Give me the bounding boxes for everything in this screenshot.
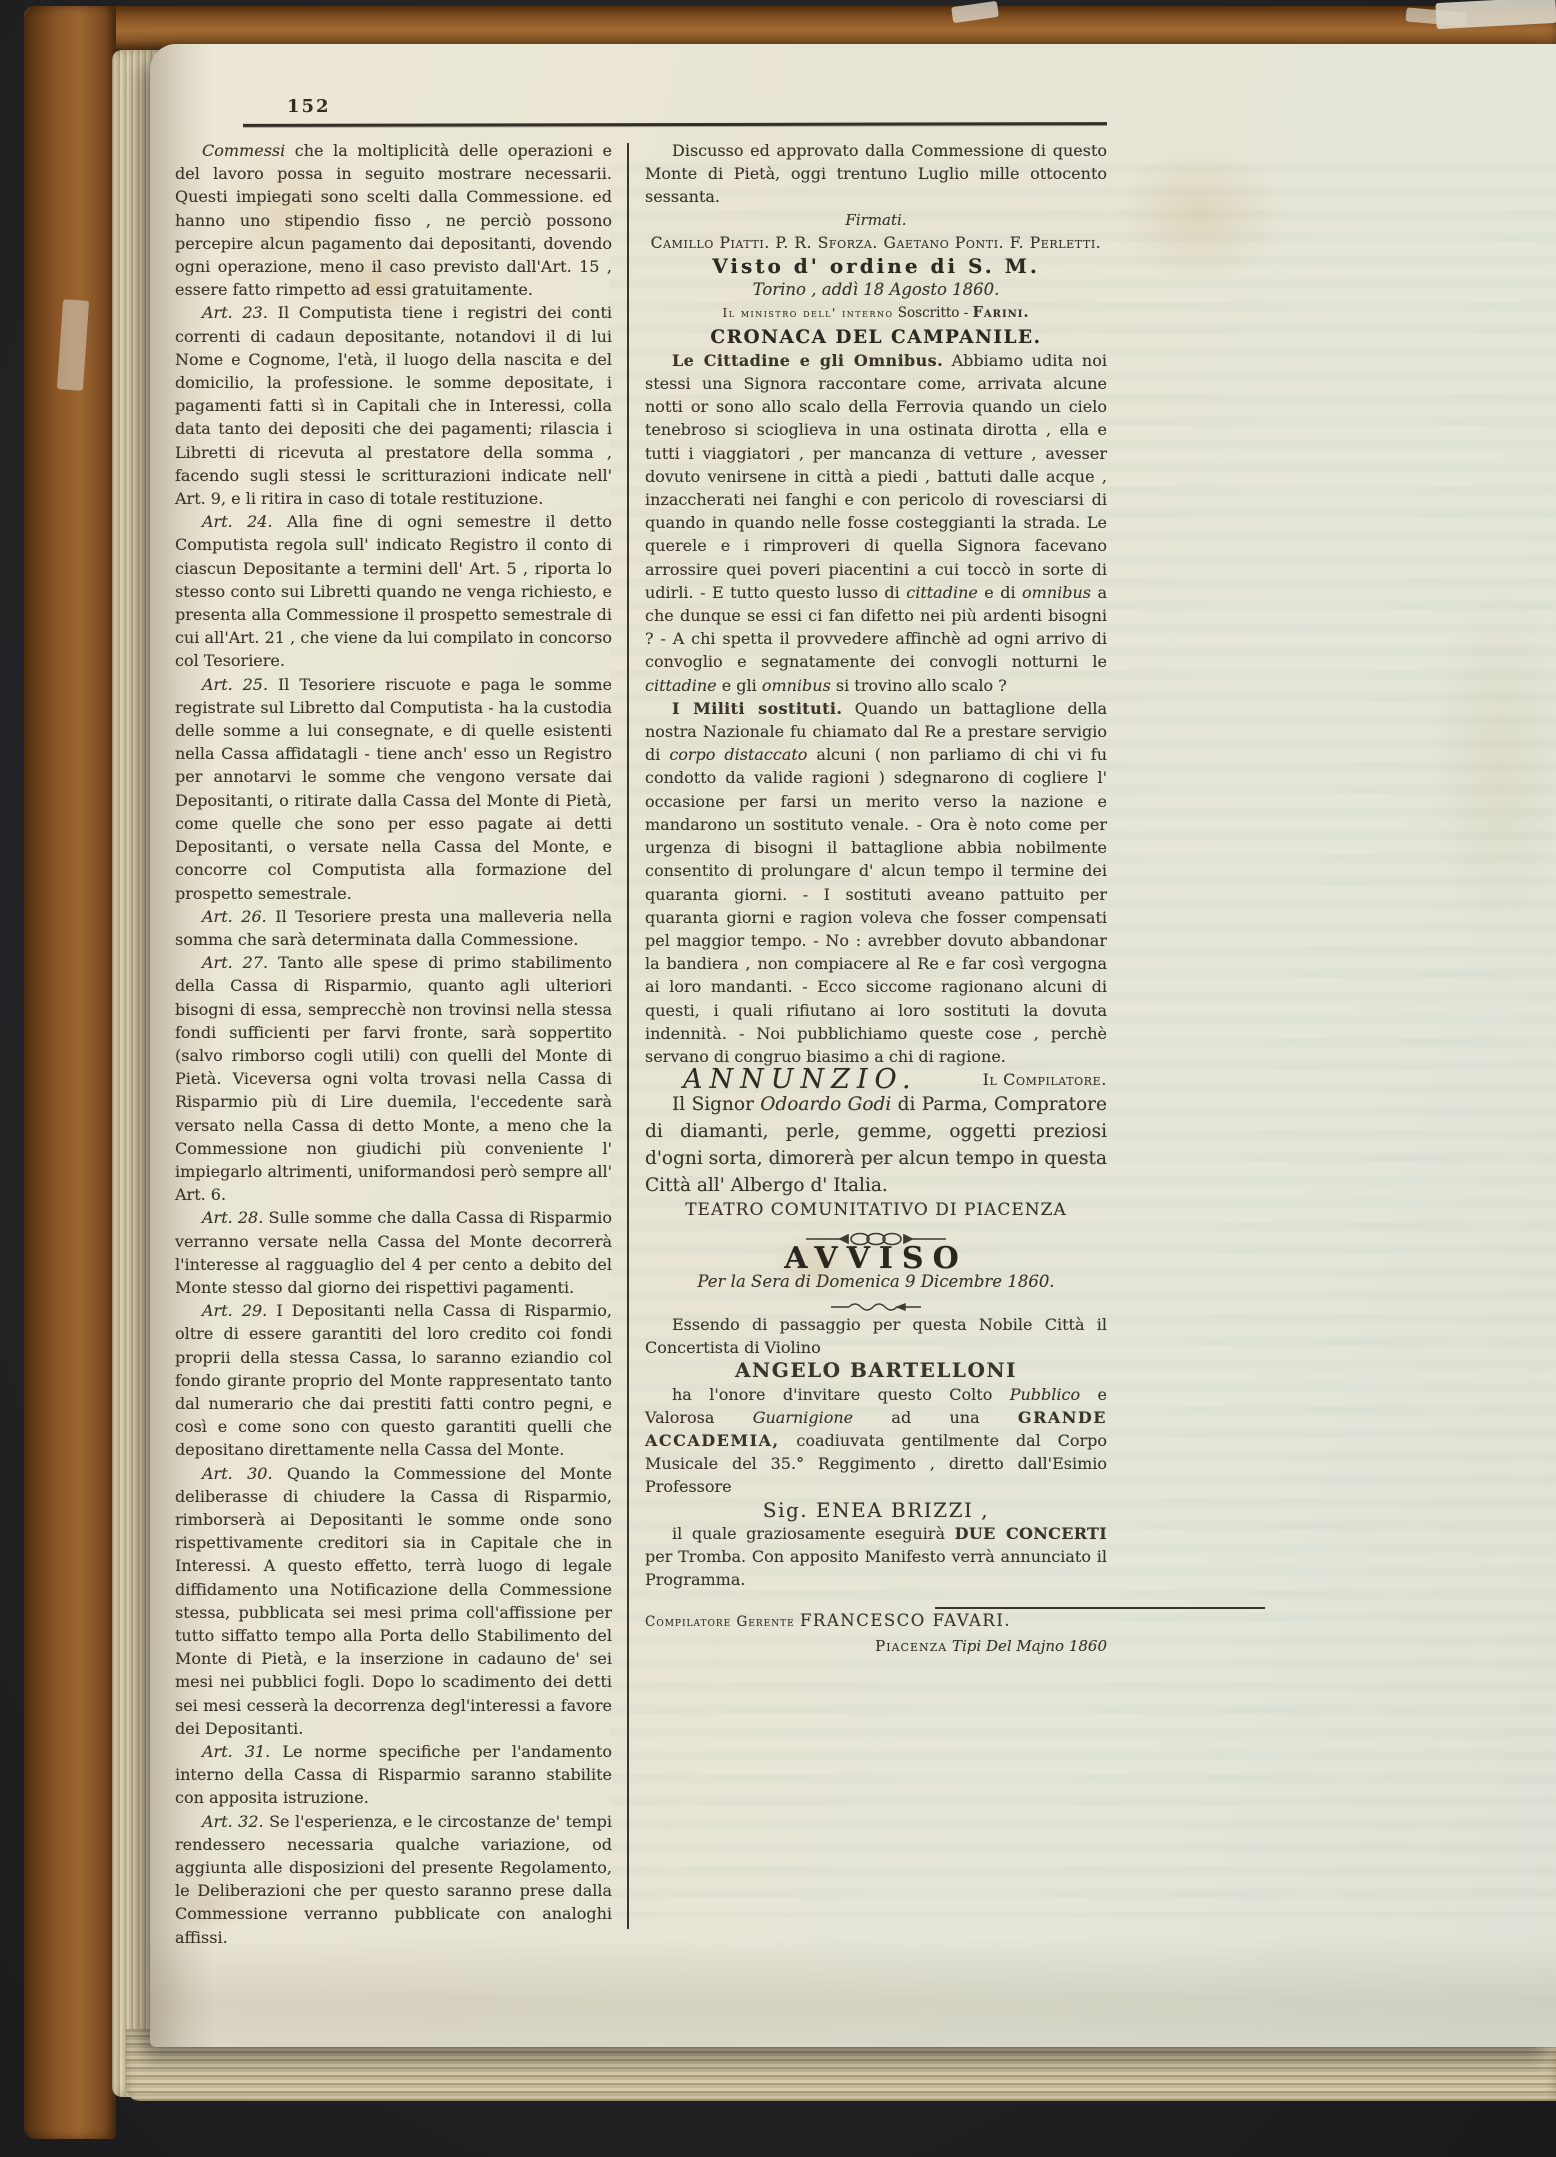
soscritto: Soscritto - [894,305,973,321]
paragraph-art-25: Art. 25. Il Tesoriere riscuote e paga le… [175,673,612,905]
imprint-line: Piacenza Tipi Del Majno 1860 [645,1635,1107,1658]
right-column: Discusso ed approvato dalla Commessione … [645,139,1107,1949]
article-number: Art. 32. [202,1812,264,1831]
teatro-heading: TEATRO COMUNITATIVO DI PIACENZA [645,1199,1107,1222]
imprint-place: Piacenza [875,1637,947,1655]
article-number: Art. 25. [202,675,268,694]
due-concerti: DUE CONCERTI [955,1524,1107,1543]
paragraph-art-23: Art. 23. Il Computista tiene i registri … [175,301,612,510]
paragraph-art-32: Art. 32. Se l'esperienza, e le circostan… [175,1810,612,1949]
militi-article: I Militi sostituti. Quando un battaglion… [645,697,1107,1068]
person-name: Odoardo Godi [760,1094,891,1115]
avviso-date: Per la Sera di Domenica 9 Dicembre 1860. [645,1270,1107,1293]
article-number: Art. 31. [202,1742,270,1761]
stain [1430,584,1556,944]
ornament-divider-icon [645,1301,1107,1313]
cronaca-heading: CRONACA DEL CAMPANILE. [645,326,1107,349]
article-number: Art. 23. [202,303,268,322]
article-number: Art. 27. [202,953,268,972]
left-column: Commessi che la moltiplicità delle opera… [175,139,612,1949]
imprint-printer: Tipi Del Majno 1860 [947,1637,1107,1655]
signatures-line: Camillo Piatti. P. R. Sforza. Gaetano Po… [645,232,1107,255]
article-number: Art. 26. [202,907,267,926]
paragraph-art-30: Art. 30. Quando la Commessione del Monte… [175,1462,612,1740]
visto-date: Torino , addì 18 Agosto 1860. [645,278,1107,301]
gerente-name: FRANCESCO FAVARI. [800,1611,1011,1630]
article-title: Le Cittadine e gli Omnibus. [672,351,943,370]
stain [1115,144,1285,284]
paragraph-art-31: Art. 31. Le norme specifiche per l'andam… [175,1740,612,1810]
book-page: 152 Commessi che la moltiplicità delle o… [150,44,1556,2047]
annunzio-paragraph: Il Signor Odoardo Godi di Parma, Comprat… [645,1091,1107,1199]
paragraph-art-28: Art. 28. Sulle somme che dalla Cassa di … [175,1206,612,1299]
artist-name: ANGELO BARTELLONI [645,1359,1107,1382]
article-number: Art. 28. [202,1208,263,1227]
two-column-layout: Commessi che la moltiplicità delle opera… [175,139,1107,1949]
paragraph-art-29: Art. 29. I Depositanti nella Cassa di Ri… [175,1299,612,1461]
paragraph-commessi: Commessi che la moltiplicità delle opera… [175,139,612,301]
approval-paragraph: Discusso ed approvato dalla Commessione … [645,139,1107,209]
concerti-paragraph: il quale graziosamente eseguirà DUE CONC… [645,1522,1107,1592]
article-number: Art. 30. [202,1464,273,1483]
page-number: 152 [287,96,331,117]
invito-paragraph: ha l'onore d'invitare questo Colto Pubbl… [645,1383,1107,1499]
minister-name: Farini. [973,304,1030,321]
paragraph-art-27: Art. 27. Tanto alle spese di primo stabi… [175,951,612,1206]
article-number: Art. 24. [202,512,273,531]
essendo-paragraph: Essendo di passaggio per questa Nobile C… [645,1313,1107,1359]
header-rule [243,122,1107,127]
article-title: I Militi sostituti. [672,699,842,718]
professor-name: Sig. ENEA BRIZZI , [645,1499,1107,1522]
minister-title: Il ministro dell' interno [723,306,894,320]
page-content: 152 Commessi che la moltiplicità delle o… [175,96,1107,1949]
paragraph-art-26: Art. 26. Il Tesoriere presta una malleve… [175,905,612,951]
cittadine-article: Le Cittadine e gli Omnibus. Abbiamo udit… [645,349,1107,697]
visto-heading: Visto d' ordine di S. M. [645,255,1107,278]
minister-line: Il ministro dell' interno Soscritto - Fa… [645,301,1107,325]
article-number: Art. 29. [202,1301,267,1320]
paragraph-lead: Commessi [202,141,285,160]
firmati-label: Firmati. [645,209,1107,232]
scanned-book-photo: 152 Commessi che la moltiplicità delle o… [0,0,1556,2157]
gerente-line: Compilatore Gerente FRANCESCO FAVARI. [645,1609,1107,1634]
column-divider [627,143,629,1929]
compiler-signature: Il Compilatore. [956,1068,1107,1091]
avviso-heading: AVVISO [645,1247,1107,1270]
paragraph-art-24: Art. 24. Alla fine di ogni semestre il d… [175,510,612,672]
